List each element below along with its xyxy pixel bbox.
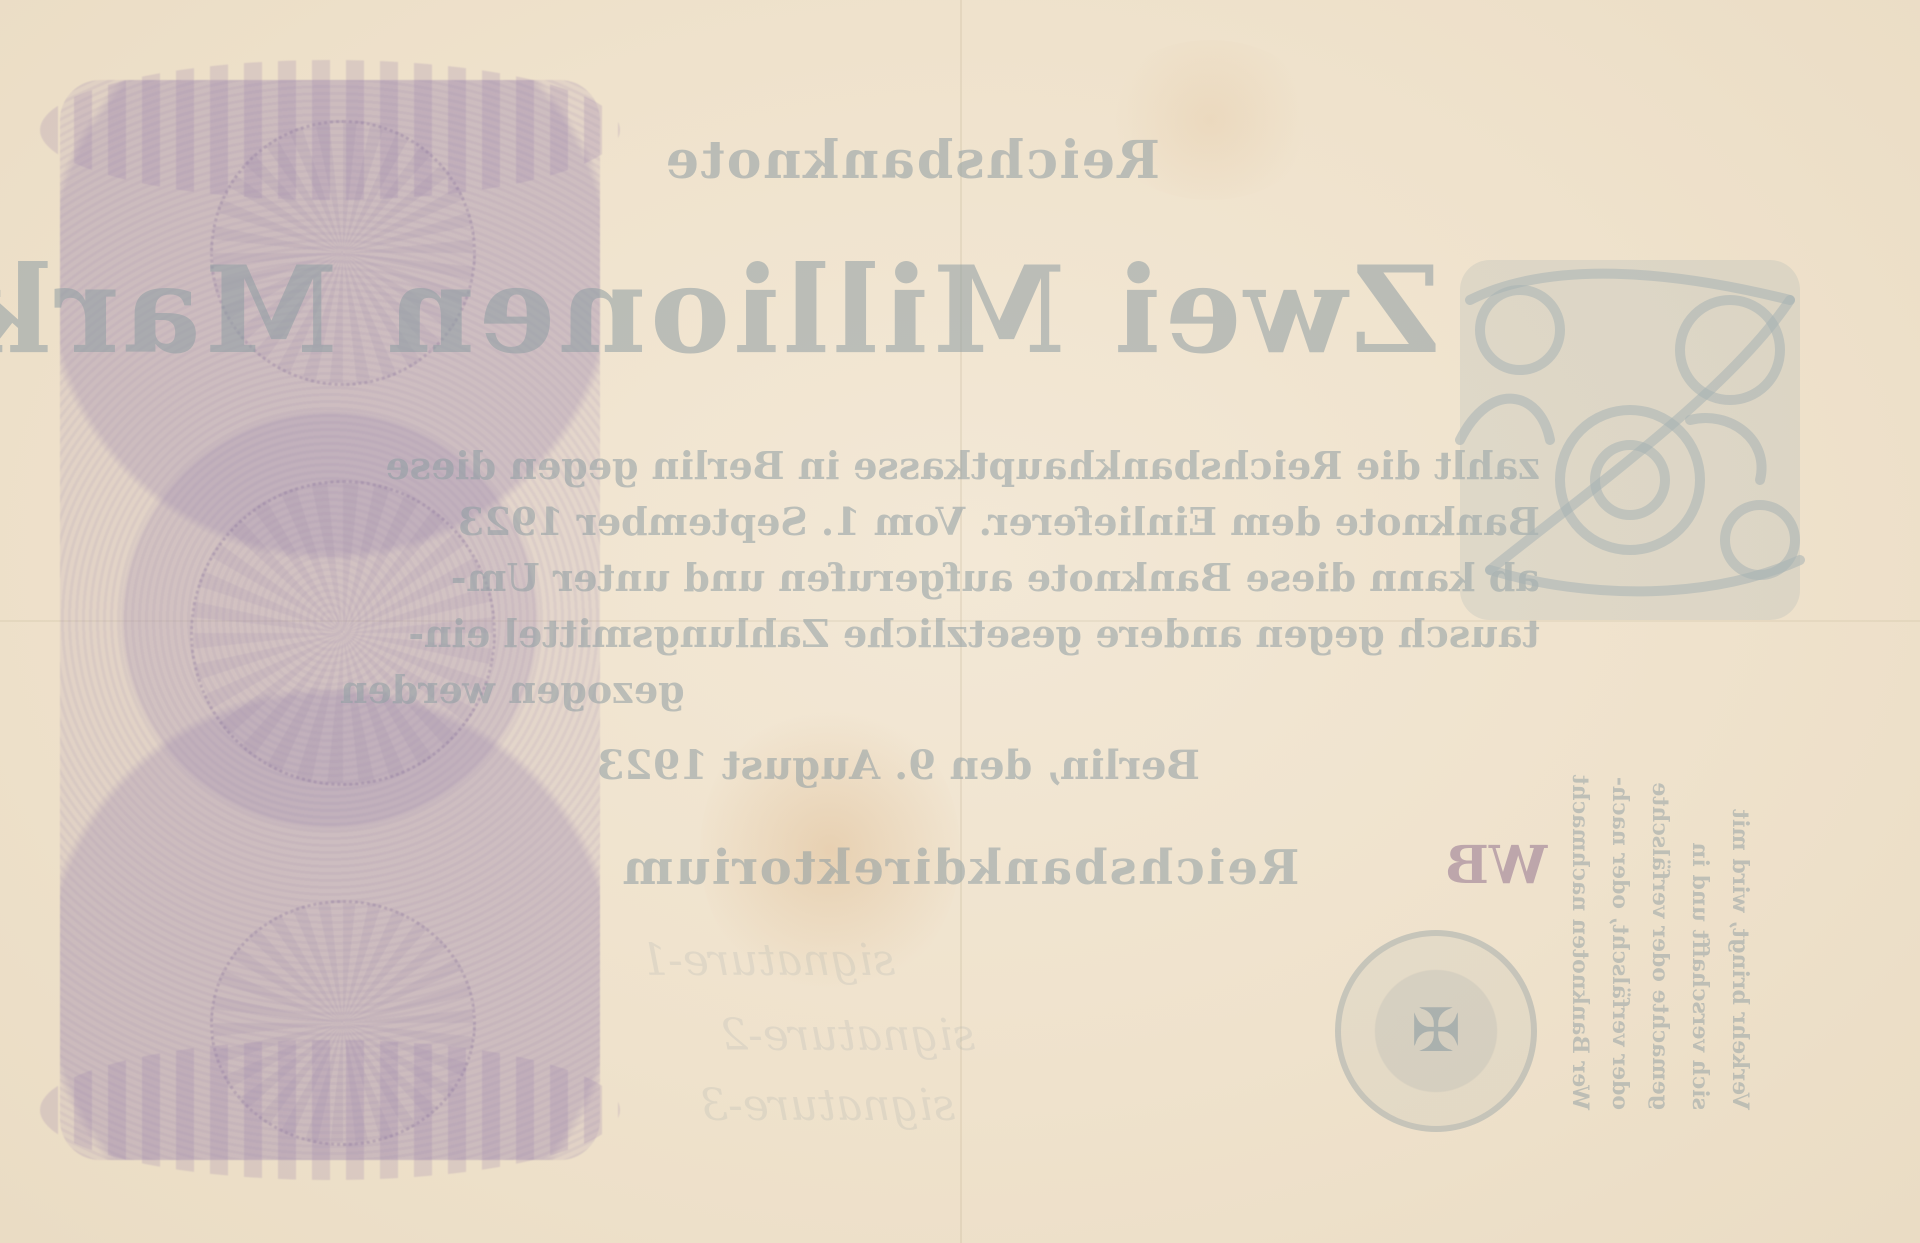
warning-line: gemachte oder verfälschte bbox=[1647, 690, 1673, 1110]
body-line: zahlt die Reichsbankhauptkasse in Berlin… bbox=[340, 438, 1540, 494]
eagle-icon: ✠ bbox=[1411, 996, 1461, 1066]
signature: signature-3 bbox=[700, 1080, 955, 1131]
ornament-icon bbox=[1430, 240, 1830, 640]
ornamental-initial-z bbox=[1430, 240, 1830, 640]
body-text: zahlt die Reichsbankhauptkasse in Berlin… bbox=[340, 438, 1540, 718]
body-line: tausch gegen andere gesetzliche Zahlungs… bbox=[340, 606, 1540, 662]
warning-line: sich verschafft und in bbox=[1687, 690, 1713, 1110]
series-letters: WB bbox=[1445, 835, 1547, 896]
signature: signature-2 bbox=[720, 1010, 975, 1061]
warning-text: Wer Banknoten nachmacht oder verfälscht,… bbox=[1590, 690, 1730, 1110]
body-line: Banknote dem Einlieferer. Vom 1. Septemb… bbox=[340, 494, 1540, 550]
warning-line: Wer Banknoten nachmacht bbox=[1567, 690, 1593, 1110]
banknote: Reichsbanknote Zwei Millionen Mark zahlt… bbox=[0, 0, 1920, 1243]
body-line: ab kann diese Banknote aufgerufen und un… bbox=[340, 550, 1540, 606]
warning-line: oder verfälscht, oder nach- bbox=[1607, 690, 1633, 1110]
denomination-title: Zwei Millionen Mark bbox=[250, 240, 1440, 381]
rosette bbox=[210, 900, 476, 1146]
reichsadler-seal: ✠ bbox=[1335, 930, 1537, 1132]
issuer-footer: Reichsbankdirektorium bbox=[590, 840, 1330, 896]
issuer-header: Reichsbanknote bbox=[700, 130, 1160, 191]
warning-line: Verkehr bringt, wird mit bbox=[1727, 690, 1753, 1110]
date-line: Berlin, den 9. August 1923 bbox=[640, 742, 1200, 789]
signature: signature-1 bbox=[640, 935, 895, 986]
body-line: gezogen werden bbox=[340, 662, 1540, 718]
